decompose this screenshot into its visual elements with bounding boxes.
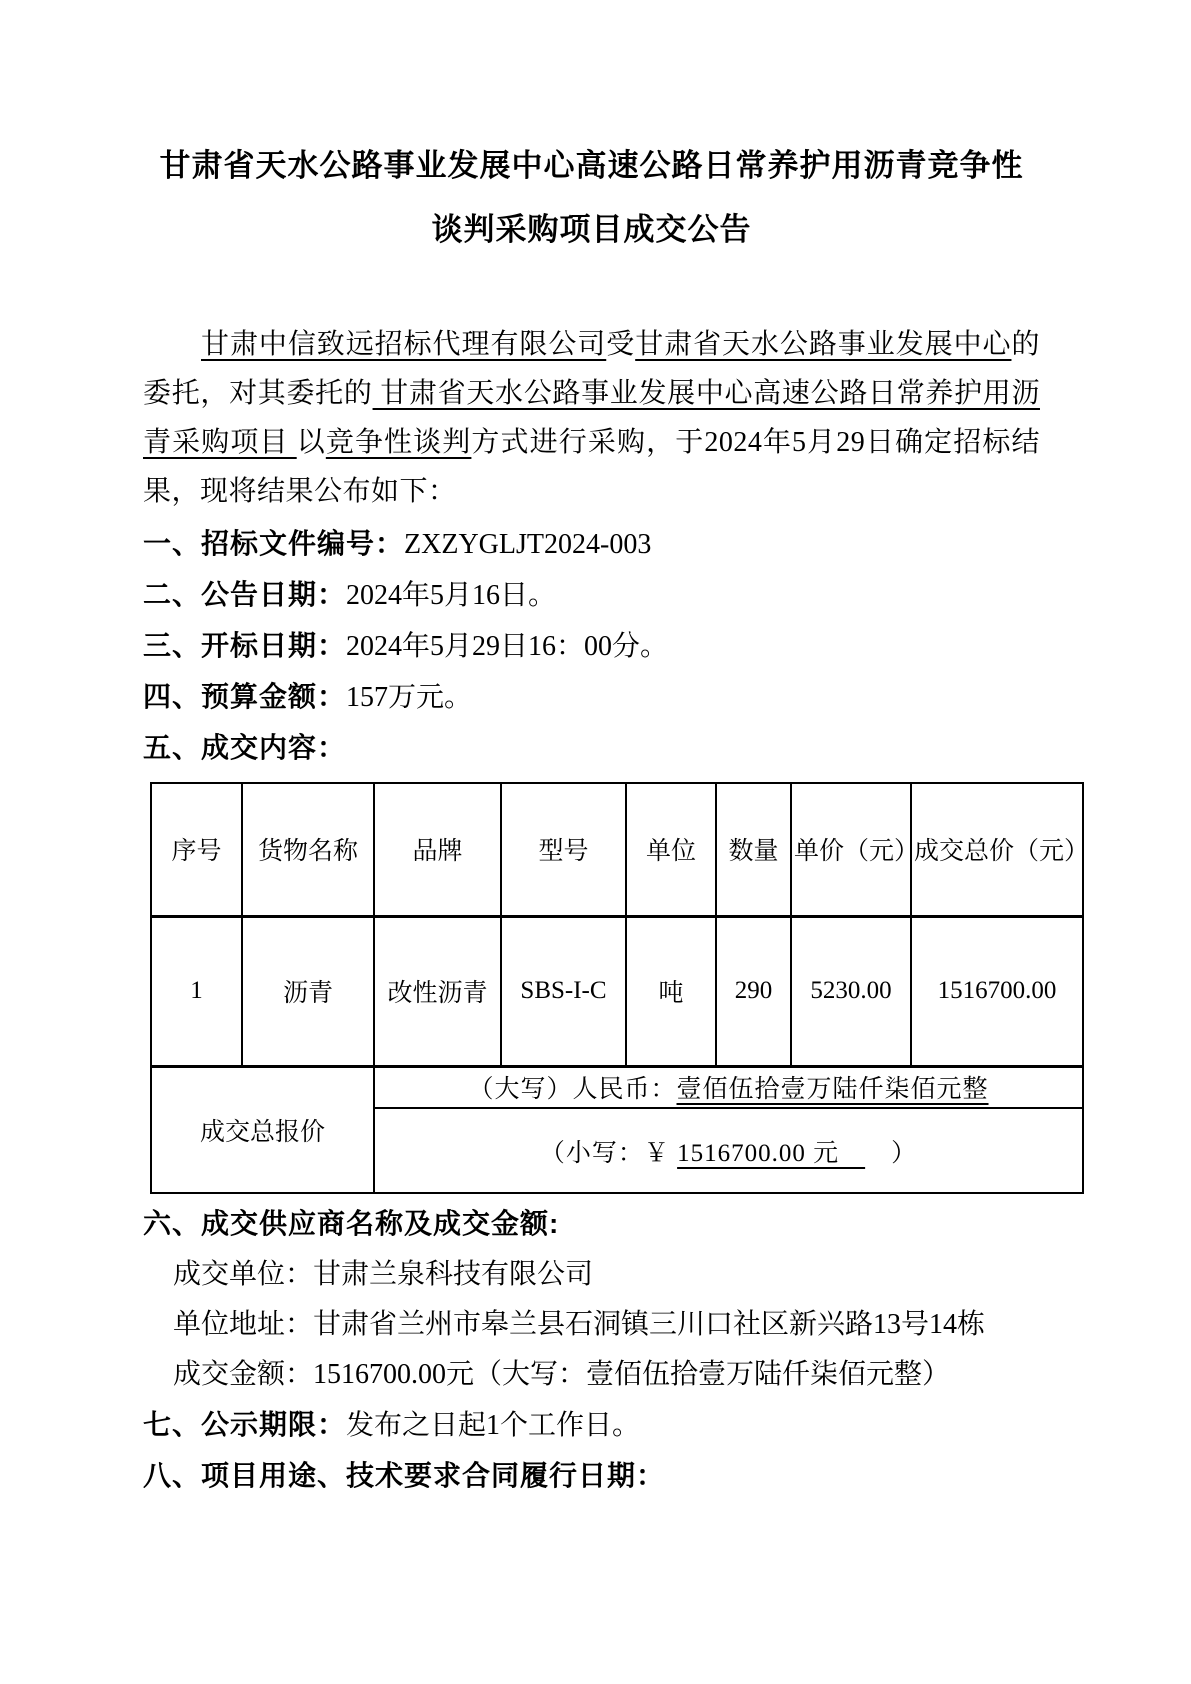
supplier-address-line: 单位地址：甘肃省兰州市皋兰县石洞镇三川口社区新兴路13号14栋	[143, 1300, 1040, 1350]
amount-lowercase-cell: （小写：￥ 1516700.00 元 ）	[374, 1108, 1083, 1193]
item-label: 五、成交内容：	[143, 732, 346, 763]
intro-agency-name: 甘肃中信致远招标代理有限公司	[201, 329, 606, 360]
table-header-row: 序号 货物名称 品牌 型号 单位 数量 单价（元） 成交总价（元）	[151, 783, 1083, 916]
cell-unit: 吨	[626, 916, 716, 1066]
amount-lowercase-value: 1516700.00 元	[677, 1140, 865, 1167]
supplier-company-value: 甘肃兰泉科技有限公司	[313, 1259, 593, 1290]
col-header-unit: 单位	[626, 783, 716, 916]
cell-quantity: 290	[716, 916, 791, 1066]
cell-unit-price: 5230.00	[791, 916, 911, 1066]
table-row: 1 沥青 改性沥青 SBS-I-C 吨 290 5230.00 1516700.…	[151, 916, 1083, 1066]
cell-serial: 1	[151, 916, 242, 1066]
document-content: 甘肃省天水公路事业发展中心高速公路日常养护用沥青竞争性 谈判采购项目成交公告 甘…	[143, 0, 1040, 1502]
item-label: 四、预算金额：	[143, 681, 346, 712]
supplier-amount-line: 成交金额：1516700.00元（大写：壹佰伍拾壹万陆仟柒佰元整）	[143, 1350, 1040, 1400]
cell-goods-name: 沥青	[242, 916, 374, 1066]
cell-model: SBS-I-C	[501, 916, 626, 1066]
usage-heading-label: 八、项目用途、技术要求合同履行日期：	[143, 1460, 665, 1491]
supplier-address-value: 甘肃省兰州市皋兰县石洞镇三川口社区新兴路13号14栋	[313, 1309, 985, 1340]
item-value: 2024年5月29日16：00分。	[346, 631, 668, 662]
item-bid-doc-number: 一、招标文件编号：ZXZYGLJT2024-003	[143, 519, 1040, 570]
page-title-line-1: 甘肃省天水公路事业发展中心高速公路日常养护用沥青竞争性	[143, 134, 1040, 198]
numbered-items: 一、招标文件编号：ZXZYGLJT2024-003 二、公告日期：2024年5月…	[143, 519, 1040, 774]
supplier-company-label: 成交单位：	[173, 1259, 313, 1290]
supplier-heading: 六、成交供应商名称及成交金额:	[143, 1199, 1040, 1250]
item-label: 三、开标日期：	[143, 630, 346, 661]
item-label: 二、公告日期：	[143, 579, 346, 610]
amount-lowercase-prefix: （小写：￥	[540, 1140, 677, 1167]
item-value: 157万元。	[346, 682, 472, 713]
col-header-goods-name: 货物名称	[242, 783, 374, 916]
col-header-serial: 序号	[151, 783, 242, 916]
amount-uppercase-value: 壹佰伍拾壹万陆仟柒佰元整	[677, 1076, 989, 1103]
amount-lowercase-suffix: ）	[865, 1140, 917, 1167]
publicity-period-line: 七、公示期限：发布之日起1个工作日。	[143, 1400, 1040, 1451]
supplier-heading-label: 六、成交供应商名称及成交金额:	[143, 1208, 559, 1239]
item-award-content: 五、成交内容：	[143, 723, 1040, 774]
intro-procurement-method: 竞争性谈判	[326, 427, 472, 458]
col-header-quantity: 数量	[716, 783, 791, 916]
intro-text: 受	[606, 329, 635, 360]
intro-paragraph: 甘肃中信致远招标代理有限公司受甘肃省天水公路事业发展中心的委托，对其委托的 甘肃…	[143, 320, 1040, 516]
page-title-line-2: 谈判采购项目成交公告	[143, 198, 1040, 262]
col-header-model: 型号	[501, 783, 626, 916]
usage-heading-line: 八、项目用途、技术要求合同履行日期：	[143, 1451, 1040, 1502]
cell-total-price: 1516700.00	[911, 916, 1083, 1066]
item-bid-opening-date: 三、开标日期：2024年5月29日16：00分。	[143, 621, 1040, 672]
intro-purchaser-name: 甘肃省天水公路事业发展中心	[635, 329, 1011, 360]
item-budget-amount: 四、预算金额：157万元。	[143, 672, 1040, 723]
amount-uppercase-prefix: （大写）人民币：	[468, 1076, 676, 1103]
col-header-unit-price: 单价（元）	[791, 783, 911, 916]
supplier-company-line: 成交单位：甘肃兰泉科技有限公司	[143, 1250, 1040, 1300]
award-table: 序号 货物名称 品牌 型号 单位 数量 单价（元） 成交总价（元） 1 沥青 改…	[150, 782, 1084, 1194]
item-value: 2024年5月16日。	[346, 580, 556, 611]
item-label: 一、招标文件编号：	[143, 528, 404, 559]
total-quote-label: 成交总报价	[151, 1066, 374, 1193]
amount-uppercase-cell: （大写）人民币：壹佰伍拾壹万陆仟柒佰元整	[374, 1066, 1083, 1108]
item-value: ZXZYGLJT2024-003	[404, 529, 651, 560]
page-title: 甘肃省天水公路事业发展中心高速公路日常养护用沥青竞争性 谈判采购项目成交公告	[143, 134, 1040, 262]
supplier-amount-label: 成交金额：	[173, 1359, 313, 1390]
publicity-period-value: 发布之日起1个工作日。	[346, 1410, 640, 1441]
col-header-total-price: 成交总价（元）	[911, 783, 1083, 916]
document-page: 甘肃省天水公路事业发展中心高速公路日常养护用沥青竞争性 谈判采购项目成交公告 甘…	[0, 0, 1191, 1684]
supplier-amount-value: 1516700.00元（大写：壹佰伍拾壹万陆仟柒佰元整）	[313, 1359, 950, 1390]
supplier-section: 六、成交供应商名称及成交金额: 成交单位：甘肃兰泉科技有限公司 单位地址：甘肃省…	[143, 1199, 1040, 1502]
cell-brand: 改性沥青	[374, 916, 501, 1066]
intro-text: 以	[297, 427, 326, 458]
col-header-brand: 品牌	[374, 783, 501, 916]
publicity-period-label: 七、公示期限：	[143, 1409, 346, 1440]
item-announcement-date: 二、公告日期：2024年5月16日。	[143, 570, 1040, 621]
amount-uppercase-row: 成交总报价 （大写）人民币：壹佰伍拾壹万陆仟柒佰元整	[151, 1066, 1083, 1108]
supplier-address-label: 单位地址：	[173, 1309, 313, 1340]
